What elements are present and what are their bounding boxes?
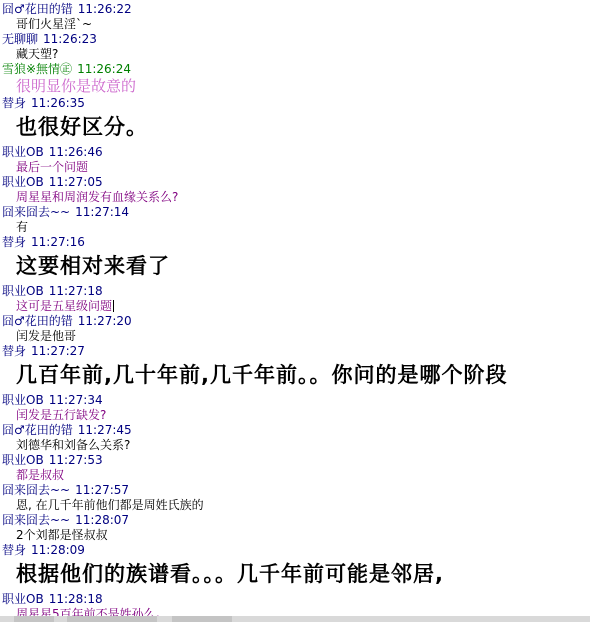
message-header: 职业OB11:27:05 [2,175,590,190]
message-text: 闰发是他哥 [2,329,590,344]
message-row: 替身11:27:16 这要相对来看了 [2,235,590,279]
message-header: 囧来囧去~~11:27:57 [2,483,590,498]
message-row: 替身11:28:09 根据他们的族谱看。。。几千年前可能是邻居, [2,543,590,587]
timestamp: 11:28:07 [75,513,129,527]
timestamp: 11:26:22 [78,2,132,16]
timestamp: 11:27:18 [49,284,103,298]
message-row: 无聊聊11:26:23 藏天塑? [2,32,590,62]
message-row: 替身11:26:35 也很好区分。 [2,96,590,140]
message-row: 囧♂花田的错11:27:45 刘德华和刘备么关系? [2,423,590,453]
message-header: 囧♂花田的错11:27:45 [2,423,590,438]
message-header: 囧来囧去~~11:28:07 [2,513,590,528]
message-text: 闰发是五行缺发? [2,408,590,423]
username: 职业OB [2,284,44,298]
username: 雪狼※無情㊣ [2,62,72,76]
message-row: 职业OB11:27:05 周星星和周润发有血缘关系么? [2,175,590,205]
message-row: 职业OB11:26:46 最后一个问题 [2,145,590,175]
timestamp: 11:27:53 [49,453,103,467]
timestamp: 11:26:46 [49,145,103,159]
username: 囧来囧去~~ [2,205,70,219]
username: 替身 [2,344,26,358]
username: 囧来囧去~~ [2,513,70,527]
cutoff-text-fragment [14,616,54,622]
message-text: 哥们火星淫`~ [2,17,590,32]
username: 囧♂花田的错 [2,423,73,437]
message-header: 替身11:27:27 [2,344,590,359]
message-header: 职业OB11:27:34 [2,393,590,408]
timestamp: 11:27:27 [31,344,85,358]
message-row: 囧来囧去~~11:28:07 2个刘都是怪叔叔 [2,513,590,543]
message-text: 藏天塑? [2,47,590,62]
message-header: 雪狼※無情㊣11:26:24 [2,62,590,77]
chat-log[interactable]: 囧♂花田的错11:26:22 哥们火星淫`~ 无聊聊11:26:23 藏天塑? … [0,0,590,622]
username: 职业OB [2,453,44,467]
message-header: 囧♂花田的错11:26:22 [2,2,590,17]
message-text: 2个刘都是怪叔叔 [2,528,590,543]
message-text: 几百年前,几十年前,几千年前。。你问的是哪个阶段 [2,362,590,388]
username: 无聊聊 [2,32,38,46]
message-text: 有 [2,220,590,235]
message-header: 替身11:27:16 [2,235,590,250]
message-row: 职业OB11:27:18 这可是五星级问题 [2,284,590,314]
username: 囧来囧去~~ [2,483,70,497]
username: 职业OB [2,393,44,407]
message-row: 囧♂花田的错11:26:22 哥们火星淫`~ [2,2,590,32]
username: 职业OB [2,175,44,189]
message-header: 囧来囧去~~11:27:14 [2,205,590,220]
bottom-cutoff-strip [0,616,590,622]
timestamp: 11:26:24 [77,62,131,76]
timestamp: 11:26:35 [31,96,85,110]
timestamp: 11:27:16 [31,235,85,249]
username: 替身 [2,543,26,557]
username: 囧♂花田的错 [2,314,73,328]
message-header: 职业OB11:27:53 [2,453,590,468]
message-row: 囧来囧去~~11:27:14 有 [2,205,590,235]
message-header: 职业OB11:26:46 [2,145,590,160]
timestamp: 11:27:14 [75,205,129,219]
message-row: 职业OB11:27:34 闰发是五行缺发? [2,393,590,423]
message-row: 职业OB11:27:53 都是叔叔 [2,453,590,483]
text-cursor [113,300,114,312]
message-header: 职业OB11:27:18 [2,284,590,299]
timestamp: 11:26:23 [43,32,97,46]
timestamp: 11:28:18 [49,592,103,606]
message-header: 无聊聊11:26:23 [2,32,590,47]
message-text: 恩, 在几千年前他们都是周姓氏族的 [2,498,590,513]
message-row: 雪狼※無情㊣11:26:24 很明显你是故意的 [2,62,590,96]
message-text: 周星星和周润发有血缘关系么? [2,190,590,205]
timestamp: 11:27:05 [49,175,103,189]
message-text: 也很好区分。 [2,114,590,140]
cutoff-text-fragment [67,616,157,622]
timestamp: 11:27:20 [78,314,132,328]
message-text: 刘德华和刘备么关系? [2,438,590,453]
message-row: 替身11:27:27 几百年前,几十年前,几千年前。。你问的是哪个阶段 [2,344,590,388]
username: 替身 [2,235,26,249]
timestamp: 11:27:57 [75,483,129,497]
message-row: 囧来囧去~~11:27:57 恩, 在几千年前他们都是周姓氏族的 [2,483,590,513]
message-header: 替身11:26:35 [2,96,590,111]
username: 替身 [2,96,26,110]
message-text: 这可是五星级问题 [2,299,590,314]
username: 职业OB [2,592,44,606]
message-header: 替身11:28:09 [2,543,590,558]
timestamp: 11:27:45 [78,423,132,437]
message-header: 职业OB11:28:18 [2,592,590,607]
message-text: 这要相对来看了 [2,253,590,279]
message-text: 很明显你是故意的 [2,77,590,96]
username: 职业OB [2,145,44,159]
message-row: 囧♂花田的错11:27:20 闰发是他哥 [2,314,590,344]
message-text: 都是叔叔 [2,468,590,483]
message-text: 根据他们的族谱看。。。几千年前可能是邻居, [2,561,590,587]
message-header: 囧♂花田的错11:27:20 [2,314,590,329]
message-text: 最后一个问题 [2,160,590,175]
timestamp: 11:27:34 [49,393,103,407]
username: 囧♂花田的错 [2,2,73,16]
cutoff-text-fragment [172,616,232,622]
timestamp: 11:28:09 [31,543,85,557]
